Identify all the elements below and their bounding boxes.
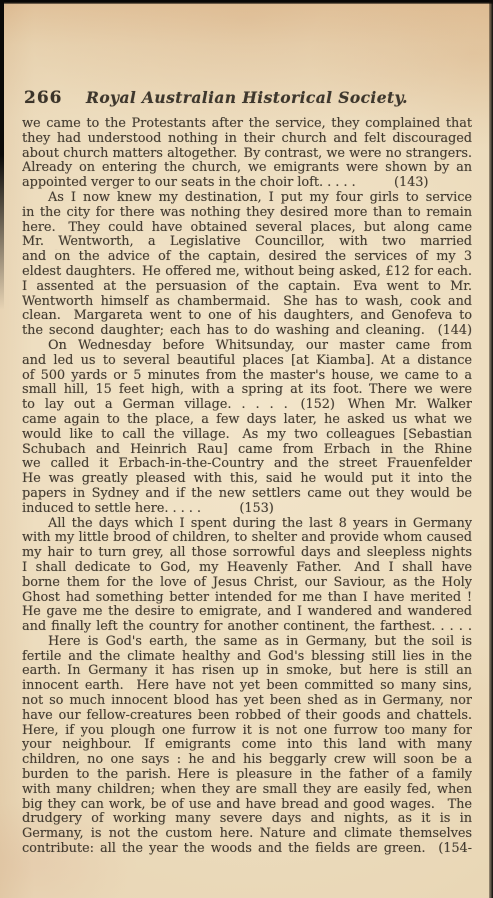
- page-number: 266: [24, 88, 63, 108]
- text-line: innocent earth. Here have not yet been c…: [22, 679, 472, 694]
- text-line: and led us to several beautiful places […: [22, 354, 472, 369]
- text-line: On Wednesday before Whitsunday, our mast…: [22, 339, 472, 354]
- text-line: borne them for the love of Jesus Christ,…: [22, 576, 472, 591]
- text-line: Already on entering the church, we emigr…: [22, 161, 472, 176]
- page-header: 266 Royal Australian Historical Society.: [22, 88, 472, 108]
- text-line: children, no one says : he and his begga…: [22, 753, 472, 768]
- text-line: came again to the place, a few days late…: [22, 413, 472, 428]
- text-line: of 500 yards or 5 minutes from the maste…: [22, 369, 472, 384]
- text-line: about church matters altogether. By cont…: [22, 147, 472, 162]
- text-line: your neighbour. If emigrants come into t…: [22, 738, 472, 753]
- scan-edge-top: [0, 0, 493, 4]
- text-line: induced to settle here. . . . . (153): [22, 502, 472, 517]
- text-line: with many children; when they are small …: [22, 783, 472, 798]
- text-line: here. They could have obtained several p…: [22, 221, 472, 236]
- text-line: papers in Sydney and if the new settlers…: [22, 487, 472, 502]
- page-title: Royal Australian Historical Society.: [22, 88, 472, 107]
- text-line: Schubach and Heinrich Rau] came from Erb…: [22, 443, 472, 458]
- text-line: and on the advice of the captain, desire…: [22, 250, 472, 265]
- text-line: He gave me the desire to emigrate, and I…: [22, 605, 472, 620]
- scan-edge-left: [0, 0, 4, 310]
- page-body: we came to the Protestants after the ser…: [22, 117, 472, 857]
- text-line: appointed verger to our seats in the cho…: [22, 176, 472, 191]
- text-line: burden to the parish. Here is pleasure i…: [22, 768, 472, 783]
- text-line: Germany, is not the custom here. Nature …: [22, 827, 472, 842]
- text-line: clean. Margareta went to one of his daug…: [22, 309, 472, 324]
- text-line: Here, if you plough one furrow it is not…: [22, 724, 472, 739]
- paragraph: Here is God's earth, the same as in Germ…: [22, 635, 472, 857]
- text-line: Here is God's earth, the same as in Germ…: [22, 635, 472, 650]
- text-line: to lay out a German village. . . . . (15…: [22, 398, 472, 413]
- text-line: Ghost had something better intended for …: [22, 591, 472, 606]
- text-line: and finally left the country for another…: [22, 620, 472, 635]
- text-line: I assented at the persuasion of the capt…: [22, 280, 472, 295]
- text-line: small hill, 15 feet high, with a spring …: [22, 383, 472, 398]
- text-line: drudgery of working many severe days and…: [22, 812, 472, 827]
- text-line: He was greatly pleased with this, said h…: [22, 472, 472, 487]
- text-line: Wentworth himself as chambermaid. She ha…: [22, 295, 472, 310]
- text-line: eldest daughters. He offered me, without…: [22, 265, 472, 280]
- text-line: big they can work, be of use and have br…: [22, 798, 472, 813]
- text-line: the second daughter; each has to do wash…: [22, 324, 472, 339]
- text-line: would like to call the village. As my tw…: [22, 428, 472, 443]
- text-line: Mr. Wentworth, a Legislative Councillor,…: [22, 235, 472, 250]
- text-line: with my little brood of children, to she…: [22, 531, 472, 546]
- paragraph: As I now knew my destination, I put my f…: [22, 191, 472, 339]
- paragraph: we came to the Protestants after the ser…: [22, 117, 472, 191]
- text-line: in the city for there was nothing they d…: [22, 206, 472, 221]
- text-line: contribute: all the year the woods and t…: [22, 842, 472, 857]
- text-line: have our fellow-creatures been robbed of…: [22, 709, 472, 724]
- paragraph: All the days which I spent during the la…: [22, 517, 472, 635]
- text-line: fertile and the climate healthy and God'…: [22, 650, 472, 665]
- text-line: we came to the Protestants after the ser…: [22, 117, 472, 132]
- text-line: not so much innocent blood has yet been …: [22, 694, 472, 709]
- text-line: they had understood nothing in their chu…: [22, 132, 472, 147]
- text-line: we called it Erbach-in-the-Country and t…: [22, 457, 472, 472]
- text-line: my hair to turn grey, all those sorrowfu…: [22, 546, 472, 561]
- text-line: All the days which I spent during the la…: [22, 517, 472, 532]
- text-line: As I now knew my destination, I put my f…: [22, 191, 472, 206]
- book-page: 266 Royal Australian Historical Society.…: [0, 0, 493, 898]
- text-line: I shall dedicate to God, my Heavenly Fat…: [22, 561, 472, 576]
- text-line: earth. In Germany it has risen up in smo…: [22, 664, 472, 679]
- scan-edge-right: [489, 0, 493, 898]
- paragraph: On Wednesday before Whitsunday, our mast…: [22, 339, 472, 517]
